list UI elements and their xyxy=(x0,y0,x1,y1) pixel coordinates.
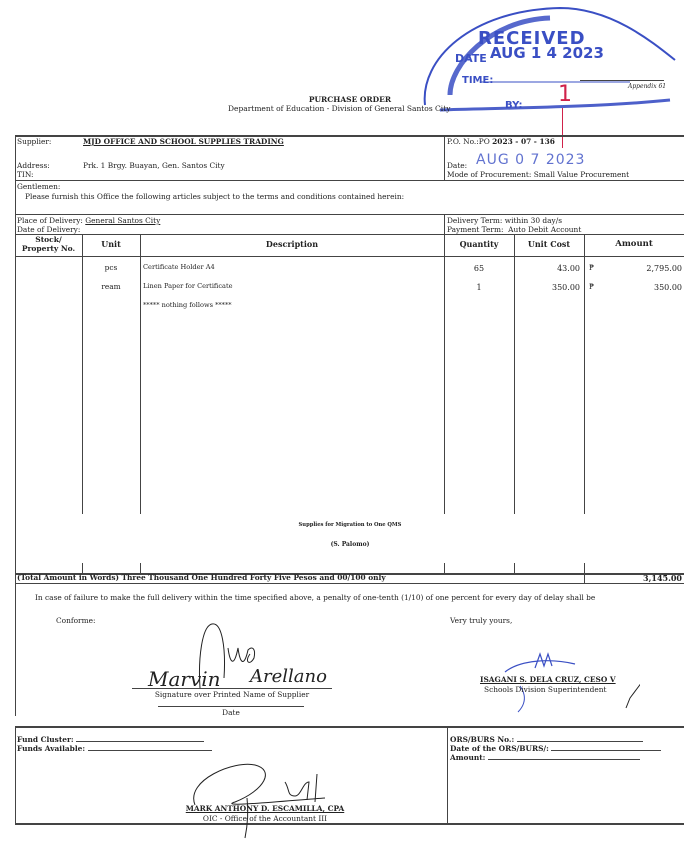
line-funds-top xyxy=(15,726,684,728)
stamp-time-label: TIME: xyxy=(462,75,493,86)
po-number: P.O. No.:PO 2023 - 07 - 136 xyxy=(447,138,555,147)
appendix-label: Appendix 61 xyxy=(628,84,666,91)
row-unit: pcs xyxy=(82,264,140,273)
address-value: Prk. 1 Brgy. Buayan, Gen. Santos City xyxy=(83,162,225,171)
red-ink-line xyxy=(562,108,563,148)
col-header-unit-cost: Unit Cost xyxy=(514,240,584,249)
row-description: Certificate Holder A4 xyxy=(143,264,215,272)
funds-left xyxy=(15,726,16,823)
col-stub-5 xyxy=(584,563,585,573)
line-total-bottom xyxy=(15,583,684,584)
col-line-4 xyxy=(514,234,515,514)
supplier-date-caption: Date xyxy=(158,709,304,718)
ors-amount-field: Amount: xyxy=(450,751,640,763)
stamp-date-label: DATE xyxy=(455,52,487,65)
funds-available-label: Funds Available: xyxy=(17,744,85,753)
col-line-3 xyxy=(444,234,445,514)
col-header-stock-line2: Property No. xyxy=(15,245,82,254)
supplier-signature-line xyxy=(132,688,332,689)
col-stub-4 xyxy=(514,563,515,573)
funds-available-field: Funds Available: xyxy=(17,742,212,754)
penalty-clause: In case of failure to make the full deli… xyxy=(35,594,595,603)
closing-label: Very truly yours, xyxy=(450,617,512,626)
row-amount: 350.00 xyxy=(600,283,682,292)
total-amount: 3,145.00 xyxy=(586,574,682,583)
po-number-value: 2023 - 07 - 136 xyxy=(492,137,555,146)
ors-amount-label: Amount: xyxy=(450,753,485,762)
nothing-follows: ***** nothing follows ***** xyxy=(143,302,232,310)
mode-of-procurement: Mode of Procurement: Small Value Procure… xyxy=(447,171,629,180)
handwritten-mark: 1 xyxy=(558,82,572,107)
conforme-label: Conforme: xyxy=(56,617,95,626)
supplier-signature-caption: Signature over Printed Name of Supplier xyxy=(132,691,332,700)
payment-term-value: Auto Debit Account xyxy=(508,225,581,234)
col-header-description: Description xyxy=(140,240,444,249)
col-header-amount: Amount xyxy=(584,240,684,250)
row-amount: 2,795.00 xyxy=(600,264,682,273)
row-quantity: 1 xyxy=(444,283,514,292)
row-currency: ₱ xyxy=(589,264,594,272)
ors-amount-blank xyxy=(488,751,640,760)
superintendent-name: ISAGANI S. DELA CRUZ, CESO V xyxy=(480,676,616,685)
supplier-label: Supplier: xyxy=(17,138,51,147)
po-number-label: P.O. No.:PO xyxy=(447,137,492,146)
row-unit-cost: 43.00 xyxy=(514,264,580,273)
supplier-value: MJD OFFICE AND SCHOOL SUPPLIES TRADING xyxy=(83,138,284,147)
place-label: Place of Delivery: xyxy=(17,216,83,225)
delivery-divider xyxy=(444,214,445,234)
row-unit-cost: 350.00 xyxy=(514,283,580,292)
note-requester: (S. Palomo) xyxy=(200,542,500,549)
superintendent-position: Schools Division Superintendent xyxy=(484,686,606,695)
col-line-5 xyxy=(584,234,585,514)
line-after-supplier xyxy=(15,180,684,181)
stamp-by-label: BY: xyxy=(505,100,522,111)
total-divider xyxy=(584,573,585,583)
col-line-1 xyxy=(82,234,83,514)
row-quantity: 65 xyxy=(444,264,514,273)
payment-term: Payment Term: Auto Debit Account xyxy=(447,226,581,235)
supplier-signature: Marvin Arellano xyxy=(140,618,340,693)
col-line-2 xyxy=(140,234,141,514)
line-after-gentlemen xyxy=(15,214,684,215)
appendix-rule xyxy=(580,80,664,81)
col-header-unit: Unit xyxy=(82,240,140,249)
col-stub-3 xyxy=(444,563,445,573)
svg-text:Arellano: Arellano xyxy=(248,666,327,687)
funds-divider xyxy=(447,726,448,823)
accountant-signature xyxy=(175,760,375,840)
col-header-stock: Stock/ Property No. xyxy=(15,236,82,253)
accountant-name: MARK ANTHONY D. ESCAMILLA, CPA xyxy=(180,805,350,814)
funds-available-blank xyxy=(88,742,212,751)
frame-left xyxy=(15,135,16,716)
date-of-delivery-label: Date of Delivery: xyxy=(17,226,80,235)
row-currency: ₱ xyxy=(589,283,594,291)
stamp-date-value: AUG 1 4 2023 xyxy=(490,44,604,62)
delivery-term-value: within 30 day/s xyxy=(505,216,562,225)
col-header-quantity: Quantity xyxy=(444,240,514,249)
payment-term-label: Payment Term: xyxy=(447,225,503,234)
delivery-term-label: Delivery Term: xyxy=(447,216,502,225)
page-subtitle: Department of Education - Division of Ge… xyxy=(228,105,450,114)
col-stub-1 xyxy=(82,563,83,573)
mode-value: Small Value Procurement xyxy=(534,170,629,179)
row-unit: ream xyxy=(82,283,140,292)
supplier-date-line xyxy=(158,706,304,707)
total-words-label: (Total Amount in Words) xyxy=(17,573,119,582)
tin-label: TIN: xyxy=(17,171,34,180)
po-date-stamp: AUG 0 7 2023 xyxy=(476,152,585,168)
salutation: Gentlemen: xyxy=(17,183,60,192)
ors-date-blank xyxy=(551,742,661,751)
fund-cluster-blank xyxy=(76,733,204,742)
supplier-po-divider xyxy=(444,135,445,180)
col-stub-2 xyxy=(140,563,141,573)
place-value: General Santos City xyxy=(85,216,160,225)
note-purpose: Supplies for Migration to One QMS xyxy=(200,523,500,529)
mode-label: Mode of Procurement: xyxy=(447,170,531,179)
total-words-value: Three Thousand One Hundred Forty Five Pe… xyxy=(122,573,386,582)
total-in-words: (Total Amount in Words) Three Thousand O… xyxy=(17,574,386,583)
accountant-position: OIC - Office of the Accountant III xyxy=(180,815,350,824)
row-description: Linen Paper for Certificate xyxy=(143,283,233,291)
ors-no-blank xyxy=(517,733,643,742)
instructions: Please furnish this Office the following… xyxy=(25,193,404,202)
